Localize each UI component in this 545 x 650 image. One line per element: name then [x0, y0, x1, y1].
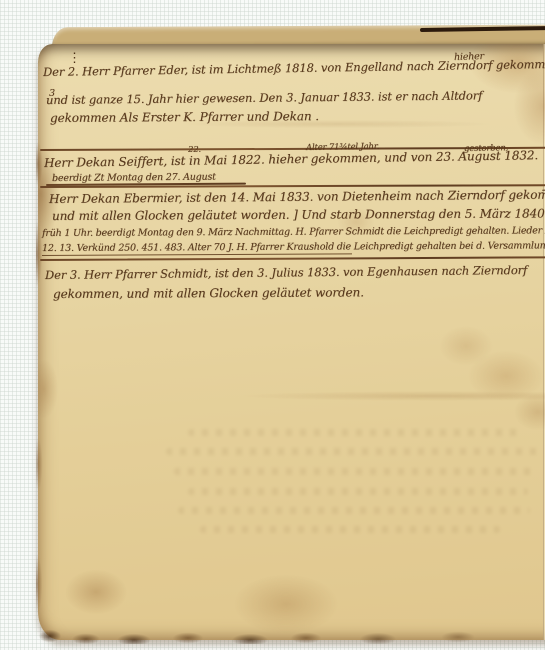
- manuscript-page: ⋮ hieher Der 2. Herr Pfarrer Eder, ist i…: [38, 44, 545, 640]
- bottom-deckle-edge: [38, 624, 545, 644]
- ink-dots-mark: ⋮: [68, 52, 81, 65]
- entry-2-main-line: Herr Dekan Seiffert, ist in Mai 1822. hi…: [44, 148, 538, 170]
- entry-3-underline: [42, 253, 352, 256]
- entry-3-line-1: Herr Dekan Ebermier, ist den 14. Mai 183…: [49, 188, 545, 206]
- entry-4-line-1: Der 3. Herr Pfarrer Schmidt, ist den 3. …: [45, 263, 527, 282]
- entry-1-line-2: und ist ganze 15. Jahr hier gewesen. Den…: [46, 88, 482, 107]
- entry-1-line-3: gekommen Als Erster K. Pfarrer und Dekan…: [50, 109, 319, 125]
- entry-3-line-2: und mit allen Glocken geläutet worden. ]…: [52, 206, 545, 223]
- entry-4-line-2: gekommen, und mit allen Glocken geläutet…: [53, 285, 364, 301]
- ruled-divider-3: [40, 256, 545, 261]
- entry-3-line-3: früh 1 Uhr. beerdigt Montag den 9. März …: [42, 225, 545, 239]
- entry-1-line-1: Der 2. Herr Pfarrer Eder, ist im Lichtme…: [43, 57, 545, 79]
- page-left-edge: [36, 44, 45, 640]
- paper-stains: [38, 44, 545, 640]
- entry-3-line-4: 12. 13. Verkünd 250. 451. 483. Alter 70 …: [42, 240, 545, 254]
- scanned-manuscript-photo: ⋮ hieher Der 2. Herr Pfarrer Eder, ist i…: [0, 0, 545, 650]
